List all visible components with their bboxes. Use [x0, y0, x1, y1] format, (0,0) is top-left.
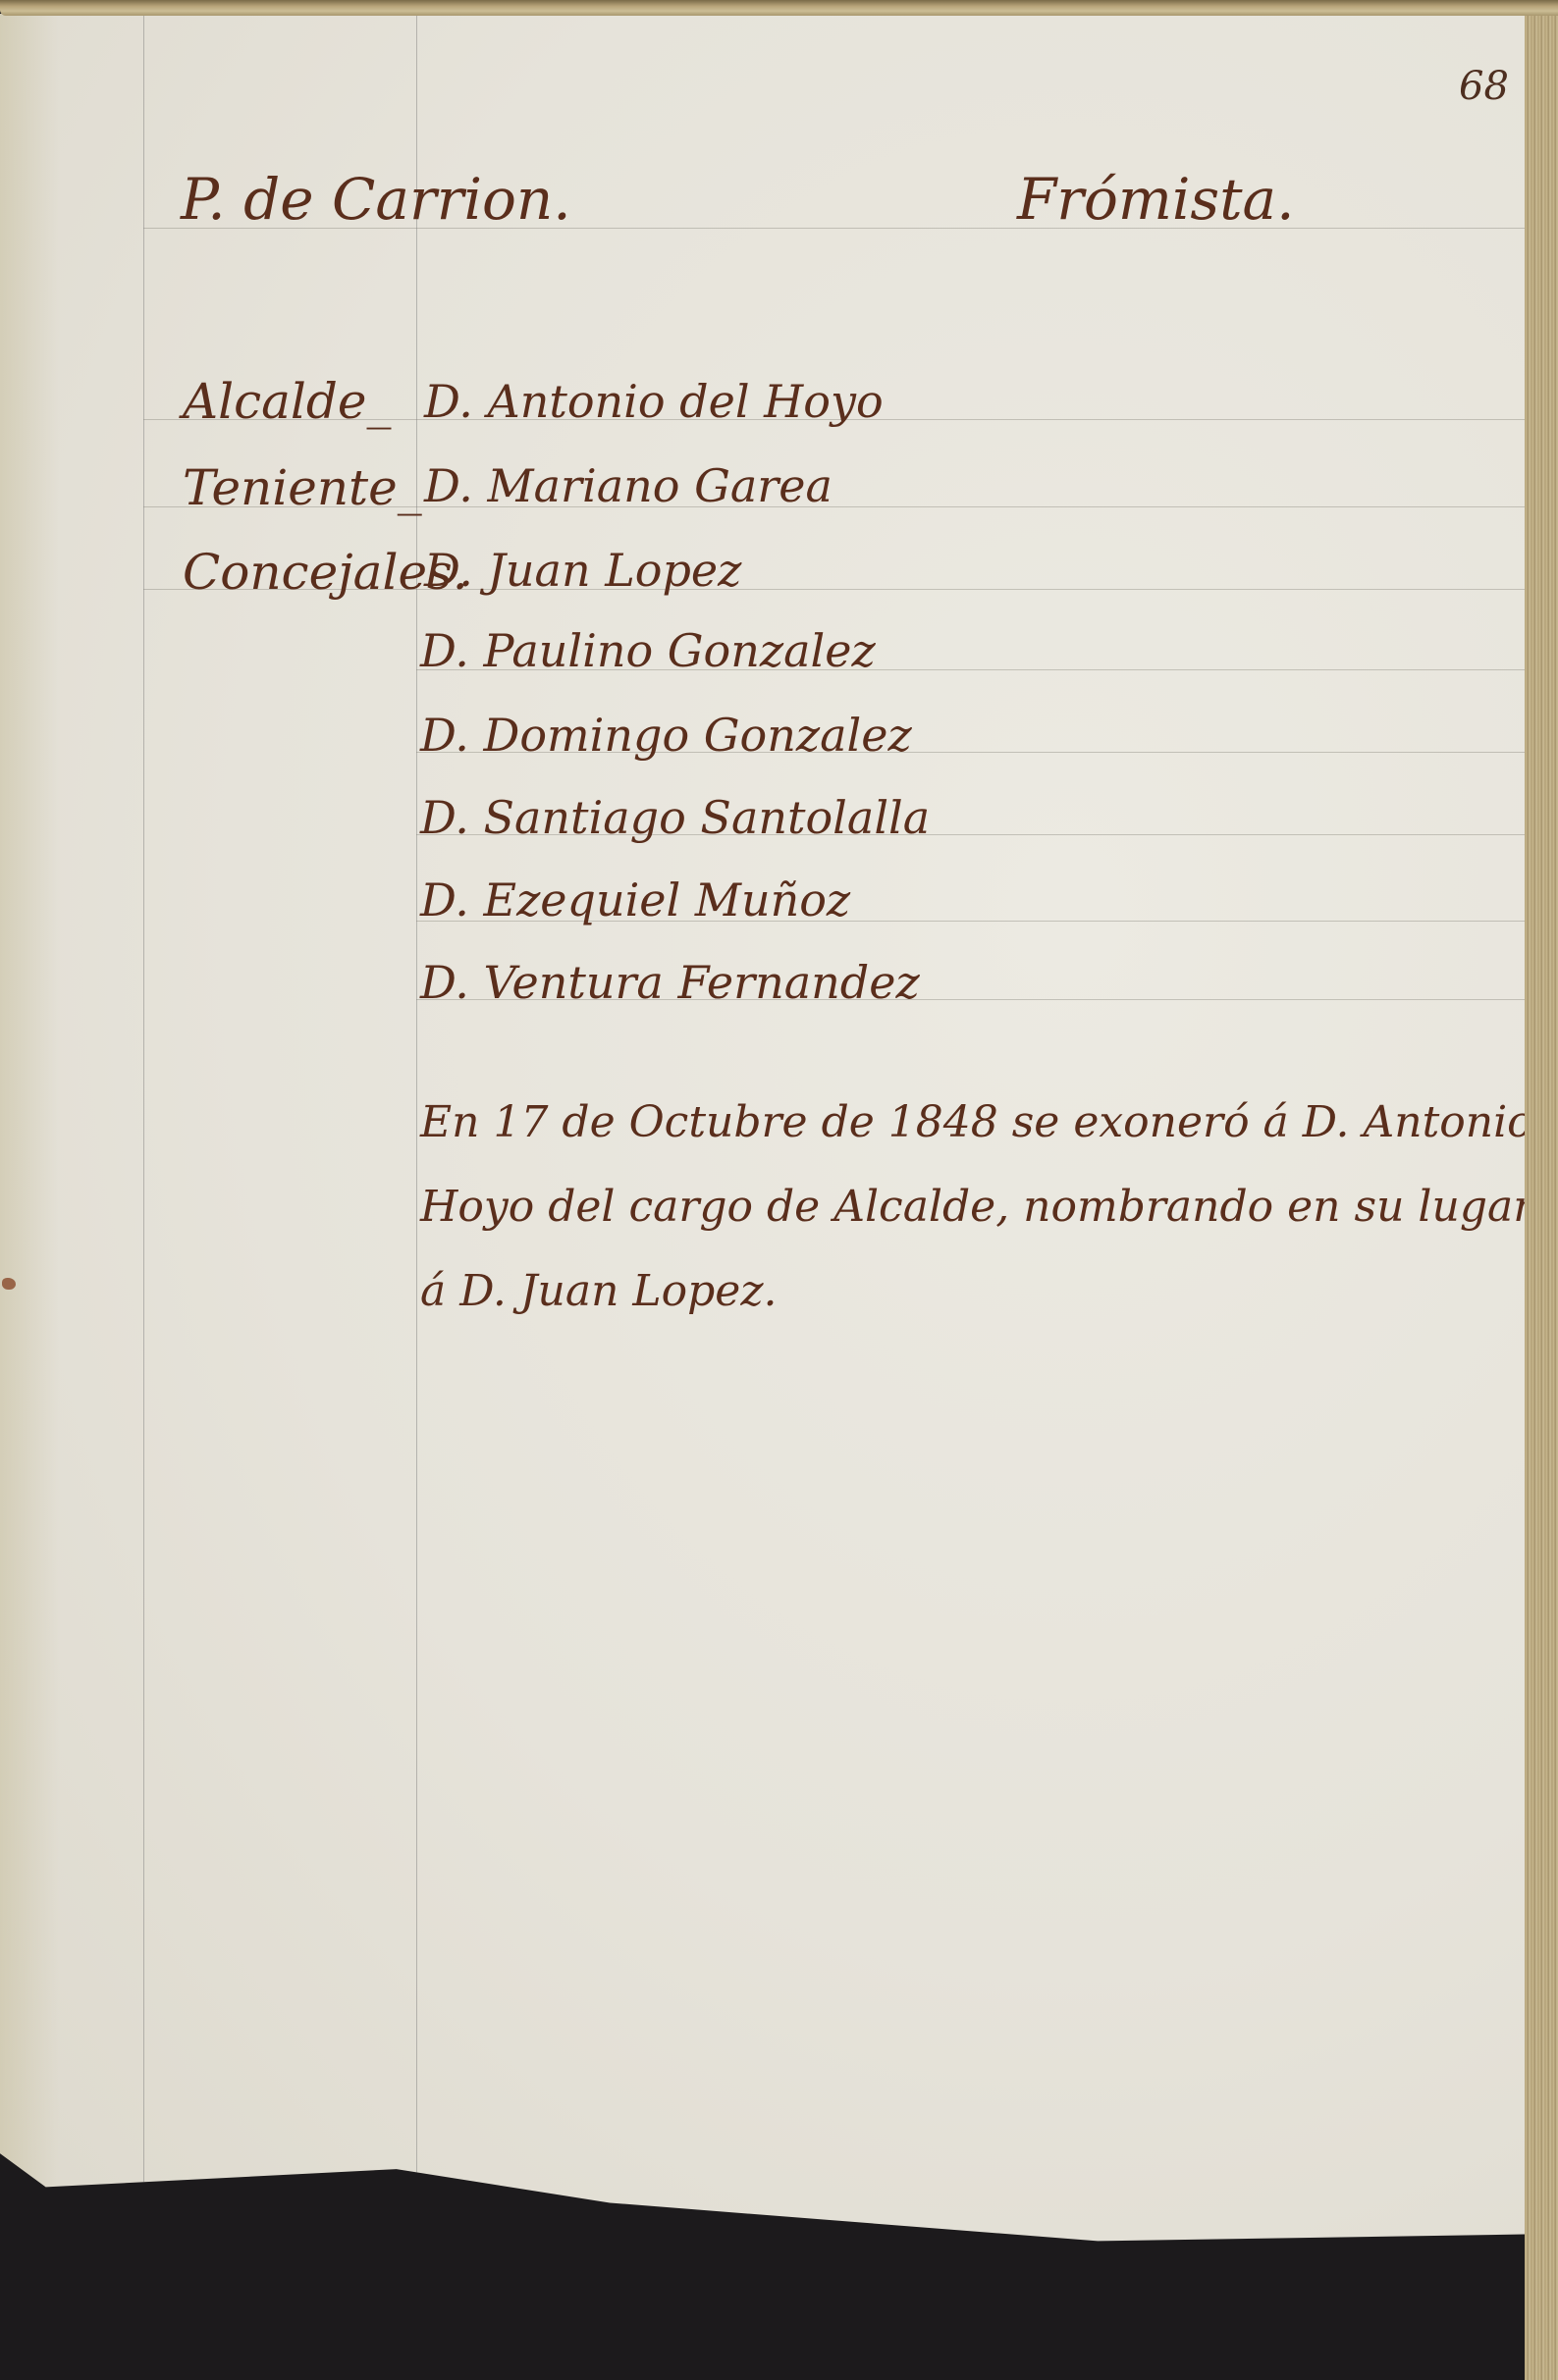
gutter-shadow	[0, 14, 59, 2261]
ledger-page: 68 P. de Carrion. Frómista. Alcalde_ Ten…	[0, 14, 1525, 2261]
document-scan: 68 P. de Carrion. Frómista. Alcalde_ Ten…	[0, 0, 1558, 2380]
note-line: á D. Juan Lopez.	[420, 1270, 778, 1313]
left-margin-rule	[143, 14, 144, 2261]
ink-blot	[2, 1278, 16, 1290]
official-name: D. Paulino Gonzalez	[420, 628, 876, 673]
note-line: Hoyo del cargo de Alcalde, nombrando en …	[420, 1186, 1533, 1229]
column-divider-rule	[416, 14, 417, 2261]
page-stack-fore-edge	[1525, 0, 1558, 2380]
official-name: D. Juan Lopez	[424, 548, 741, 593]
official-name: D. Santiago Santolalla	[420, 795, 930, 840]
official-name: D. Domingo Gonzalez	[420, 713, 912, 758]
official-name: D. Ezequiel Muñoz	[420, 877, 850, 923]
role-teniente: Teniente_	[183, 463, 422, 512]
role-alcalde: Alcalde_	[183, 377, 392, 426]
municipality-heading: Frómista.	[1017, 171, 1295, 228]
official-name: D. Mariano Garea	[424, 463, 833, 508]
folio-number: 68	[1459, 67, 1509, 106]
note-line: En 17 de Octubre de 1848 se exoneró á D.…	[420, 1101, 1558, 1144]
district-heading: P. de Carrion.	[181, 171, 571, 228]
official-name: D. Antonio del Hoyo	[424, 379, 884, 424]
official-name: D. Ventura Fernandez	[420, 960, 920, 1005]
page-stack-top-edge	[0, 0, 1558, 16]
